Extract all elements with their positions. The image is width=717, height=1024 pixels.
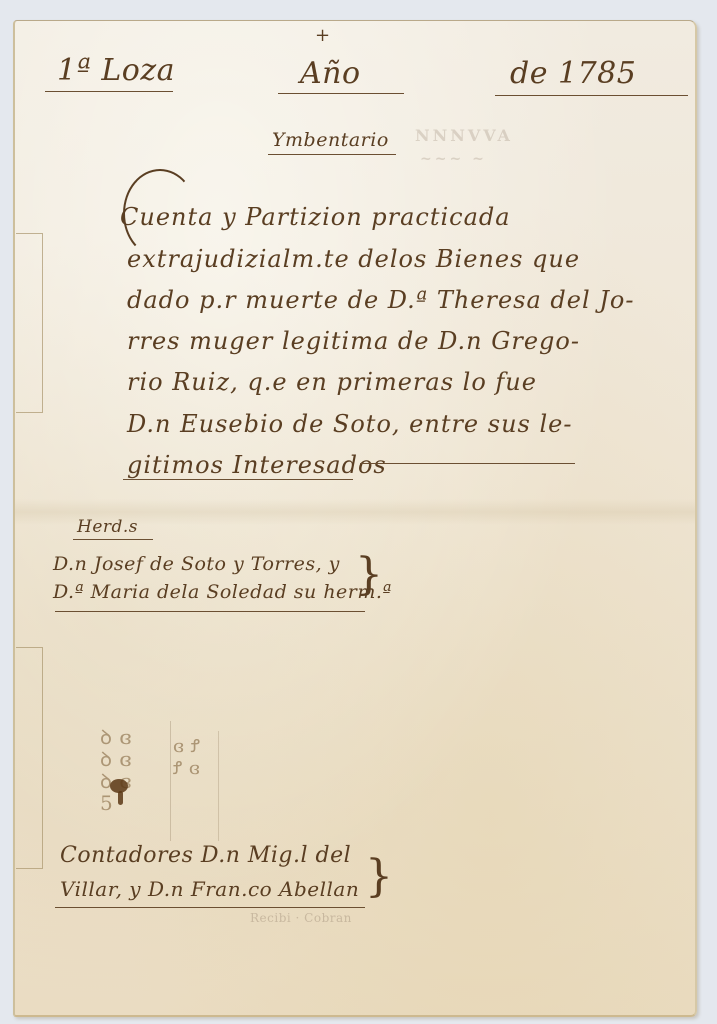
body-line: dado p.r muerte de D.ª Theresa del Jo- — [127, 286, 634, 314]
faded-figures: ɞ ꝬꝬ ɞ — [173, 736, 200, 780]
manuscript-page: NNNVVA ~~~ ~ 1ª Loza + Año de 1785 Ymben… — [13, 20, 697, 1017]
body-line: D.n Eusebio de Soto, entre sus le- — [127, 410, 572, 438]
body-underline — [123, 479, 353, 480]
header-center: Año — [300, 56, 361, 91]
header-right: de 1785 — [510, 56, 636, 91]
heirs-label: Herd.s — [77, 517, 138, 537]
header-left-underline — [45, 91, 173, 92]
header-left: 1ª Loza — [57, 53, 175, 88]
body-line: Cuenta y Partizion practicada — [120, 203, 511, 231]
faint-ruled-line — [170, 721, 171, 841]
binding-stitch — [16, 233, 43, 413]
cross-mark: + — [315, 25, 331, 46]
heirs-line: D.ª Maria dela Soledad su herm.ª — [53, 581, 392, 603]
header-center-underline — [278, 93, 404, 94]
accountants-line: Contadores D.n Mig.l del — [60, 843, 351, 868]
ink-blot-drip — [118, 791, 123, 805]
accountants-line: Villar, y D.n Fran.co Abellan — [60, 877, 359, 901]
heirs-line: D.n Josef de Soto y Torres, y — [53, 553, 340, 575]
body-line: rio Ruiz, q.e en primeras lo fue — [127, 368, 537, 396]
heirs-label-underline — [73, 539, 153, 540]
accountants-underline — [55, 907, 365, 908]
title-underline — [268, 154, 396, 155]
faint-ruled-line — [218, 731, 219, 841]
heirs-brace: } — [355, 549, 384, 600]
faded-figures: ꝺ ɞꝺ ɞꝺ ɞ5 — [100, 726, 132, 814]
heirs-underline — [55, 611, 365, 612]
bleed-through-text: ~~~ ~ — [420, 151, 487, 167]
body-line: rres muger legitima de D.n Grego- — [127, 327, 580, 355]
body-line: gitimos Interesados — [127, 451, 387, 479]
bleed-through-text: NNNVVA — [415, 126, 513, 145]
document-title: Ymbentario — [272, 129, 389, 151]
body-line: extrajudizialm.te delos Bienes que — [127, 245, 580, 273]
accountants-brace: } — [365, 851, 394, 902]
line-filler-rule — [360, 463, 575, 464]
bleed-through-text: Recibi · Cobran — [250, 911, 352, 925]
binding-stitch — [16, 647, 43, 869]
header-right-underline — [495, 95, 688, 96]
